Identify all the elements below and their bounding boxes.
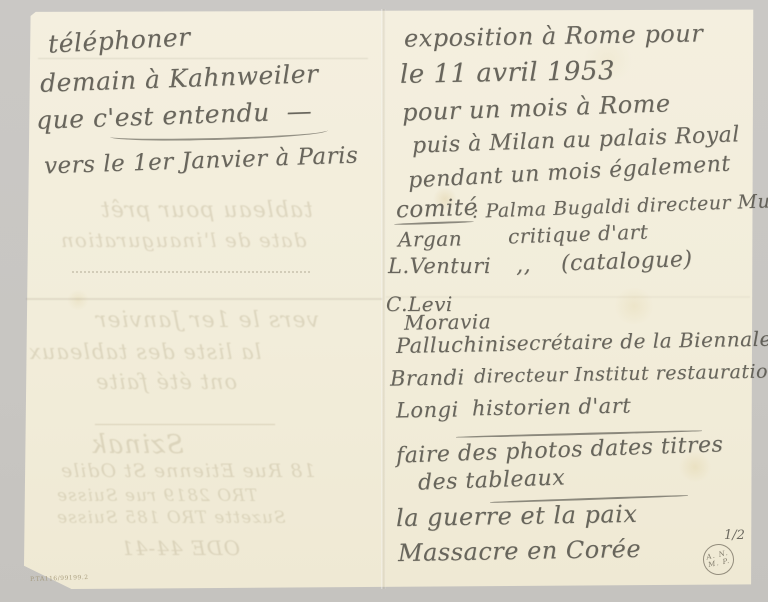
handwritten-line-exposition: exposition à Rome pour [404, 21, 704, 50]
bleedthrough-line: ont été faite [95, 372, 237, 393]
handwritten-line-guerre-paix: la guerre et la paix [396, 502, 638, 530]
horizontal-fold-crease-left [26, 298, 382, 300]
committee-role-palluchini: secrétaire de la Biennale [506, 329, 768, 354]
committee-name-brandi: Brandi [390, 367, 465, 389]
handwritten-line-tableaux: des tableaux [418, 467, 566, 494]
bleedthrough-underline [95, 424, 275, 425]
handwritten-line-date: le 11 avril 1953 [400, 58, 615, 88]
committee-name-palluchini: Palluchini [396, 334, 506, 357]
committee-role-brandi: directeur Institut restauration [474, 362, 768, 386]
bleedthrough-line: date de l'inauguration [60, 230, 306, 250]
handwritten-line-telephoner: téléphoner [47, 24, 191, 56]
bleedthrough-line: Suzette TRO 185 Suisse [56, 510, 286, 527]
bleedthrough-line: tableau pour prêt [100, 200, 313, 222]
bleedthrough-line: la liste des tableaux [28, 342, 261, 363]
comite-label: comité [396, 197, 479, 223]
bleedthrough-line: TRO 2819 rue Suisse [56, 488, 257, 505]
committee-name-venturi: L.Venturi [388, 256, 491, 277]
paper-stain [66, 290, 90, 310]
bleedthrough-line: ODE 44-41 [120, 538, 240, 558]
committee-name-argan: Argan [398, 228, 462, 249]
committee-role-argan: critique d'art [508, 222, 649, 247]
bleedthrough-arrow-line [38, 58, 368, 59]
bleedthrough-line: 18 Rue Etienne St Odile [60, 462, 315, 481]
handwritten-line-massacre: Massacre en Corée [398, 537, 641, 565]
committee-role-longi: historien d'art [472, 396, 632, 420]
committee-name-moravia: Moravia [404, 311, 491, 333]
bleedthrough-line: Szinak [90, 432, 184, 458]
bleedthrough-dotted-line [72, 271, 310, 273]
scanned-note-page: tableau pour prêt date de l'inauguration… [0, 0, 768, 602]
bleedthrough-line: vers le 1er Janvier [95, 310, 319, 332]
committee-name-longi: Longi [396, 399, 459, 421]
paper-stain [612, 288, 656, 324]
page-marker: 1/2 [724, 528, 745, 543]
